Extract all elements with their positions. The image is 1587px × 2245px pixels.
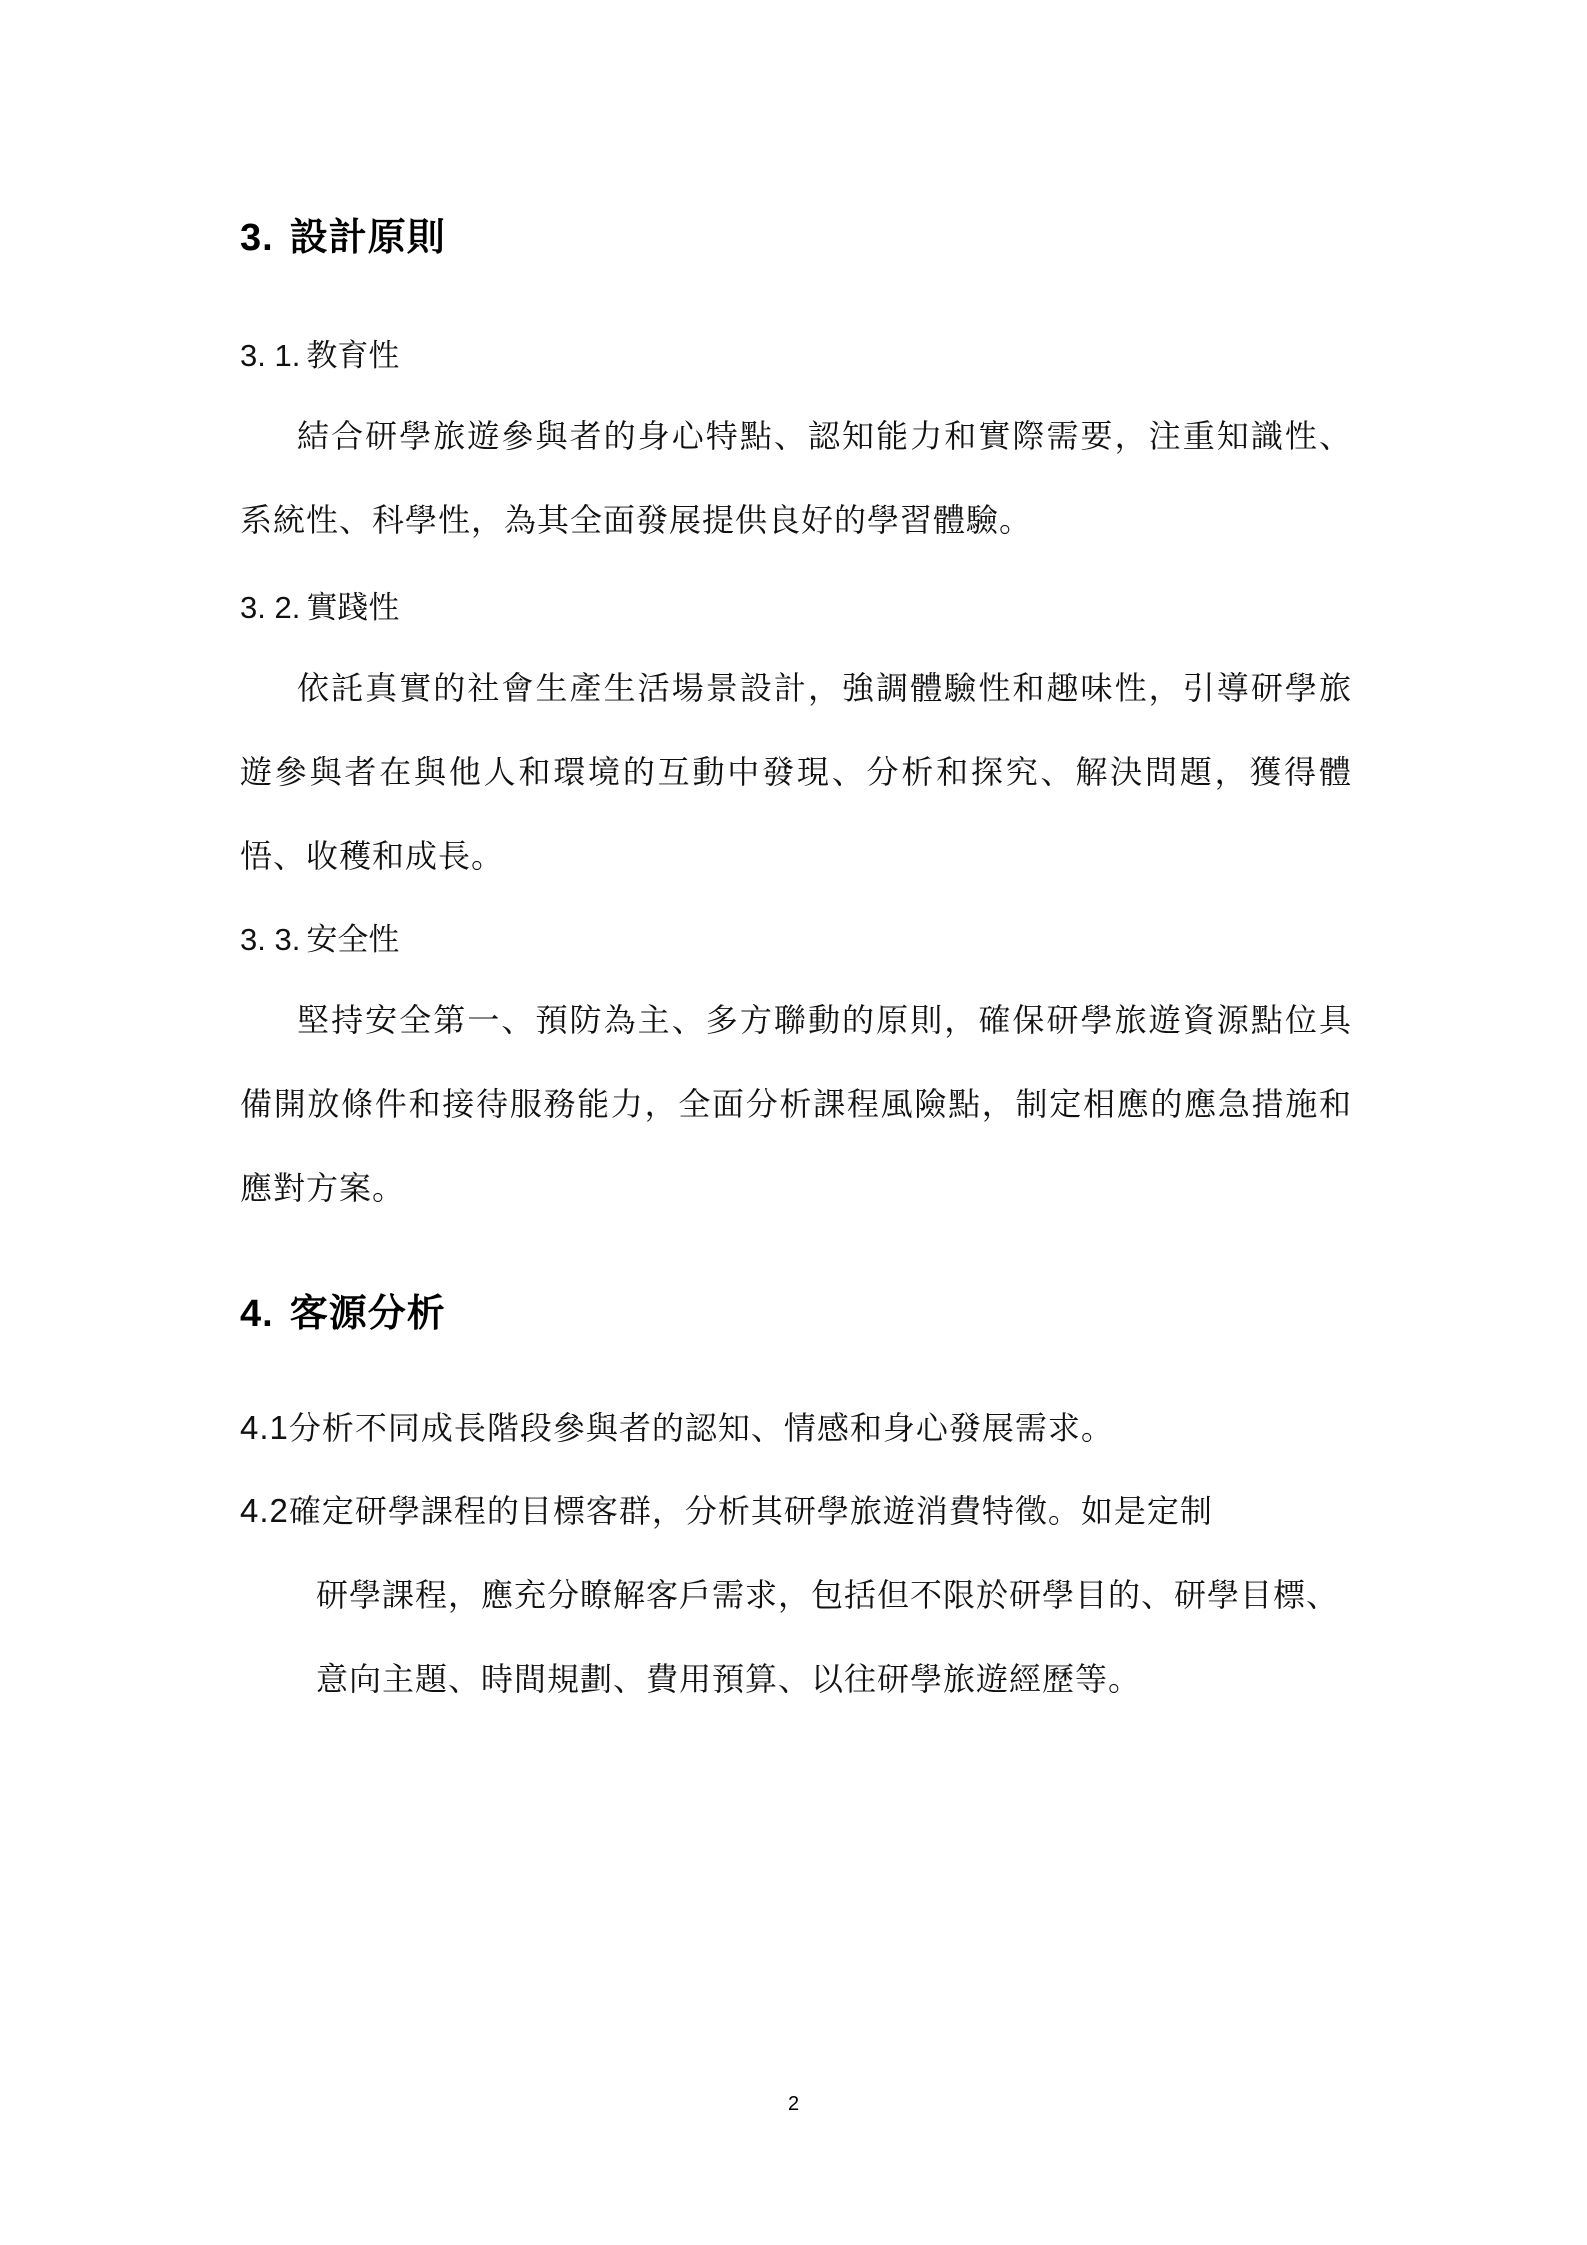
subsection-3-1-number: 3. 1. bbox=[240, 338, 300, 373]
section-3-number: 3. bbox=[240, 217, 274, 259]
list-item-4-2-text: 確定研學課程的目標客群，分析其研學旅遊消費特徵。如是定制 bbox=[289, 1492, 1213, 1530]
subsection-3-3-heading: 3. 3.安全性 bbox=[240, 914, 399, 959]
section-4-heading: 4.客源分析 bbox=[240, 1282, 446, 1337]
list-item-4-2-continuation: 研學課程，應充分瞭解客戶需求，包括但不限於研學目的、研學目標、意向主題、時間規劃… bbox=[240, 1553, 1352, 1721]
document-page: 3.設計原則 3. 1.教育性 結合研學旅遊參與者的身心特點、認知能力和實際需要… bbox=[0, 0, 1587, 2245]
section-4-title: 客源分析 bbox=[290, 1293, 446, 1335]
section-4-number: 4. bbox=[240, 1293, 274, 1335]
section-3-title: 設計原則 bbox=[290, 217, 446, 259]
subsection-3-3-number: 3. 3. bbox=[240, 922, 300, 957]
subsection-3-3-body: 堅持安全第一、預防為主、多方聯動的原則，確保研學旅遊資源點位具備開放條件和接待服… bbox=[240, 978, 1352, 1230]
subsection-3-1-body: 結合研學旅遊參與者的身心特點、認知能力和實際需要，注重知識性、系統性、科學性，為… bbox=[240, 394, 1352, 562]
list-item-4-2: 4.2確定研學課程的目標客群，分析其研學旅遊消費特徵。如是定制 研學課程，應充分… bbox=[240, 1469, 1352, 1721]
subsection-3-2-body: 依託真實的社會生產生活場景設計，強調體驗性和趣味性，引導研學旅遊參與者在與他人和… bbox=[240, 646, 1352, 898]
list-item-4-1-text: 分析不同成長階段參與者的認知、情感和身心發展需求。 bbox=[289, 1409, 1114, 1447]
subsection-3-2-number: 3. 2. bbox=[240, 590, 300, 625]
subsection-3-2-title: 實踐性 bbox=[306, 590, 399, 625]
list-item-4-1-number: 4.1 bbox=[240, 1409, 289, 1446]
section-3-heading: 3.設計原則 bbox=[240, 206, 446, 261]
list-item-4-1: 4.1分析不同成長階段參與者的認知、情感和身心發展需求。 bbox=[240, 1386, 1352, 1470]
subsection-3-3-title: 安全性 bbox=[306, 922, 399, 957]
list-item-4-2-number: 4.2 bbox=[240, 1492, 289, 1529]
subsection-3-1-heading: 3. 1.教育性 bbox=[240, 330, 399, 375]
subsection-3-2-heading: 3. 2.實踐性 bbox=[240, 582, 399, 627]
subsection-3-1-title: 教育性 bbox=[306, 338, 399, 373]
page-number: 2 bbox=[0, 2093, 1587, 2116]
